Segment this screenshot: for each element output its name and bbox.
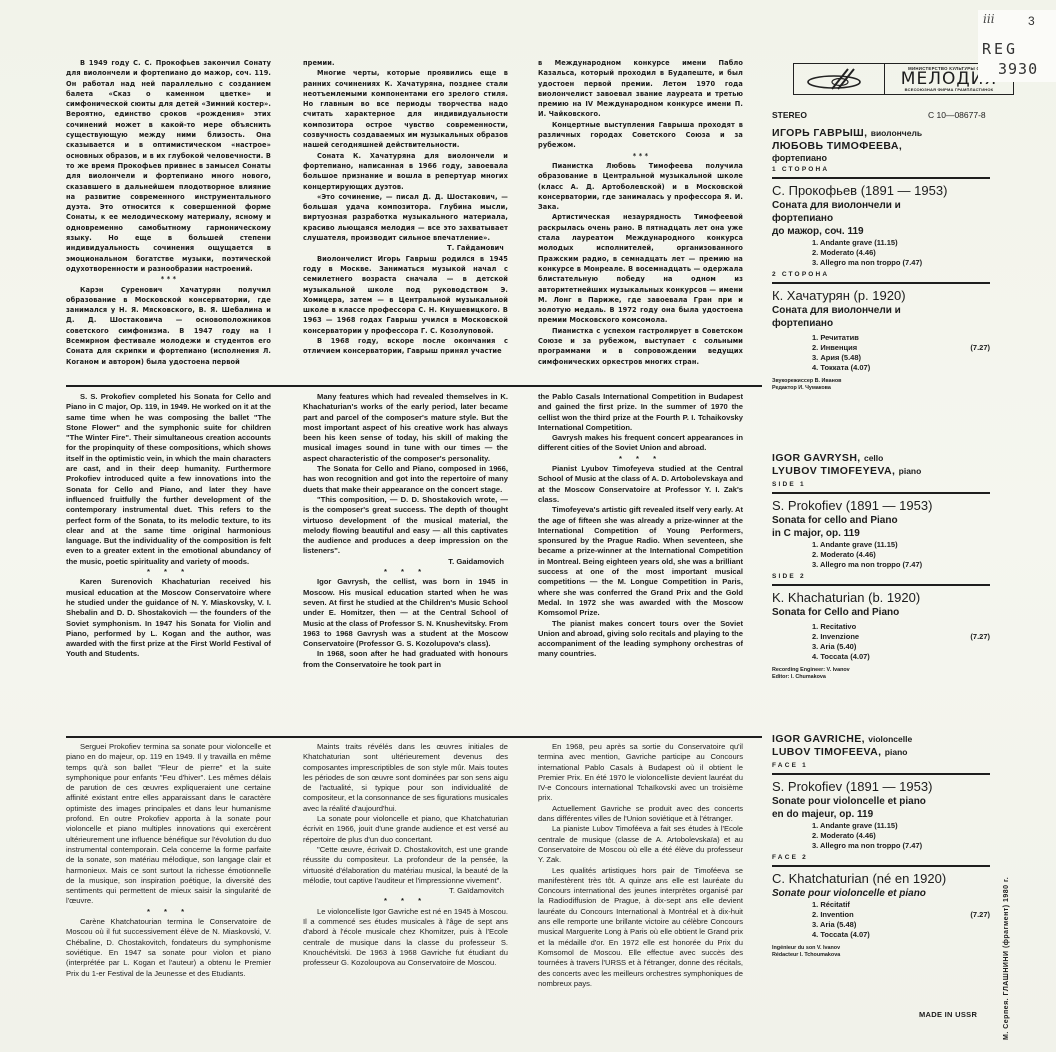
track-item: 3. Aria (5.48) <box>812 920 1012 930</box>
track-item: 4. Toccata (4.07) <box>812 930 1012 940</box>
notes-paragraph: Maints traits révélés dans les œuvres in… <box>303 742 508 814</box>
side-label: SIDE 2 <box>772 573 1012 580</box>
record-sleeve-back: В 1949 году С. С. Прокофьев закончил Сон… <box>0 0 1056 1052</box>
made-in-ussr: MADE IN USSR <box>919 1010 977 1019</box>
track-list: 1. Andante grave (11.15) 2. Moderato (4.… <box>812 238 1012 268</box>
side-divider <box>772 865 990 867</box>
credit-line: Rédacteur I. Tchoumakova <box>772 952 1012 959</box>
notes-paragraph: La sonate pour violoncelle et piano, que… <box>303 814 508 845</box>
section-separator: * * * <box>303 896 508 906</box>
work-title: фортепиано <box>772 212 1012 225</box>
notes-paragraph: премии. <box>303 58 508 68</box>
side-label: 2 СТОРОНА <box>772 271 1012 278</box>
work-title: Sonate pour violoncelle et piano <box>772 887 1012 900</box>
performer-name: IGOR GAVRYSH, <box>772 452 861 464</box>
melodiya-emblem <box>793 63 885 95</box>
composer-name: S. Prokofiev (1891 — 1953) <box>772 498 1012 514</box>
performer-name: ИГОРЬ ГАВРЫШ, <box>772 127 867 139</box>
performer-instrument: violoncelle <box>868 734 912 744</box>
tracklist-french: IGOR GAVRICHE, violoncelle LUBOV TIMOFEE… <box>772 733 1012 958</box>
performer-name: ЛЮБОВЬ ТИМОФЕЕВА, <box>772 140 1012 153</box>
track-list: 1. Andante grave (11.15) 2. Moderato (4.… <box>812 821 1012 851</box>
track-list: 1. Recitativo 2. Invenzione 3. Aria (5.4… <box>812 622 1012 662</box>
section-separator: * * * <box>66 567 271 577</box>
notes-paragraph: Karen Surenovich Khachaturian received h… <box>66 577 271 659</box>
melodiya-logo-icon <box>804 67 874 91</box>
notes-ru-col1: В 1949 году С. С. Прокофьев закончил Сон… <box>66 58 271 376</box>
notes-paragraph: В 1968 году, вскоре после окончания с от… <box>303 336 508 357</box>
notes-paragraph: Le violoncelliste Igor Gavriche est né e… <box>303 907 508 969</box>
side-divider <box>772 282 990 284</box>
notes-paragraph: Les qualités artistiques hors pair de Ti… <box>538 866 743 990</box>
notes-paragraph: "Cette œuvre, écrivait D. Chostakovitch,… <box>303 845 508 886</box>
track-item: 3. Allegro ma non troppo (7.47) <box>812 560 1012 570</box>
notes-paragraph: Пианистка с успехом гастролирует в Совет… <box>538 326 743 367</box>
notes-paragraph: «Это сочинение, — писал Д. Д. Шостакович… <box>303 192 508 243</box>
composer-name: C. Khatchaturian (né en 1920) <box>772 871 1012 887</box>
notes-fr-col1: Serguei Prokofiev termina sa sonate pour… <box>66 742 271 1042</box>
notes-paragraph: Gavrysh makes his frequent concert appea… <box>538 433 743 454</box>
work-title: Соната для виолончели и <box>772 199 1012 212</box>
track-total-duration: (7.27) <box>970 343 990 353</box>
notes-ru-col2: премии. Многие черты, которые проявились… <box>303 58 508 376</box>
work-title: фортепиано <box>772 317 1012 330</box>
performer-name: IGOR GAVRICHE, <box>772 733 865 745</box>
notes-paragraph: Артистическая незаурядность Тимофеевой р… <box>538 212 743 325</box>
notes-paragraph: Timofeyeva's artistic gift revealed itse… <box>538 505 743 618</box>
sticker-code: 3930 <box>998 60 1038 78</box>
work-title: Sonata for cello and Piano <box>772 514 1012 527</box>
section-separator: * * * <box>538 454 743 464</box>
performer-instrument: фортепиано <box>772 153 1012 163</box>
performer-name: LUBOV TIMOFEEVA, <box>772 746 881 758</box>
credit-line: Редактор И. Чумакова <box>772 385 1012 392</box>
credits: Звукорежиссер В. Иванов Редактор И. Чума… <box>772 378 1012 391</box>
track-item: 3. Allegro ma non troppo (7.47) <box>812 258 1012 268</box>
track-item: 2. Moderato (4.46) <box>812 550 1012 560</box>
catalog-number: С 10—08677-8 <box>928 110 986 120</box>
track-total-duration: (7.27) <box>970 910 990 920</box>
notes-paragraph: Пианистка Любовь Тимофеева получила обра… <box>538 161 743 212</box>
section-divider <box>66 385 762 387</box>
track-item: 1. Речитатив <box>812 333 1012 343</box>
tracklist-english: IGOR GAVRYSH, cello LYUBOV TIMOFEYEVA, p… <box>772 452 1012 680</box>
track-item: 3. Aria (5.40) <box>812 642 1012 652</box>
work-title: in C major, op. 119 <box>772 527 1012 540</box>
track-list: 1. Речитатив 2. Инвенция 3. Ария (5.48) … <box>812 333 1012 373</box>
section-separator: * * * <box>538 151 743 161</box>
side-divider <box>772 773 990 775</box>
track-item: 2. Moderato (4.46) <box>812 831 1012 841</box>
composer-name: K. Khachaturian (b. 1920) <box>772 590 1012 606</box>
credit-line: Editor: I. Chumakova <box>772 674 1012 681</box>
performer-instrument: cello <box>864 453 883 463</box>
notes-paragraph: Serguei Prokofiev termina sa sonate pour… <box>66 742 271 907</box>
notes-paragraph: Соната К. Хачатуряна для виолончели и фо… <box>303 151 508 192</box>
track-list: 1. Récitatif 2. Invention 3. Aria (5.48)… <box>812 900 1012 940</box>
work-title: Sonata for Cello and Piano <box>772 606 1012 619</box>
notes-paragraph: Carène Khatchatourian termina le Conserv… <box>66 917 271 979</box>
notes-paragraph: the Pablo Casals International Competiti… <box>538 392 743 433</box>
side-divider <box>772 584 990 586</box>
notes-en-col1: S. S. Prokofiev completed his Sonata for… <box>66 392 271 732</box>
notes-paragraph: Карэн Суренович Хачатурян получил образо… <box>66 285 271 367</box>
print-note-vertical: М. Серпея. ГЛАШНИНИ (фрагмент) 1980 г. <box>1003 877 1010 1040</box>
sticker-label: REG <box>982 40 1018 58</box>
track-item: 4. Toccata (4.07) <box>812 652 1012 662</box>
notes-paragraph: Виолончелист Игорь Гаврыш родился в 1945… <box>303 254 508 336</box>
section-divider <box>66 736 762 738</box>
performer-instrument: piano <box>885 747 908 757</box>
notes-paragraph: Igor Gavrysh, the cellist, was born in 1… <box>303 577 508 649</box>
work-title: Sonate pour violoncelle et piano <box>772 795 1012 808</box>
track-item: 4. Токката (4.07) <box>812 363 1012 373</box>
credits: Ingénieur du son V. Ivanov Rédacteur I. … <box>772 945 1012 958</box>
track-item: 2. Moderato (4.46) <box>812 248 1012 258</box>
performer-instrument: piano <box>899 466 922 476</box>
notes-fr-col2: Maints traits révélés dans les œuvres in… <box>303 742 508 1042</box>
author-signature: T. Gaidamovich <box>303 557 508 567</box>
side-divider <box>772 492 990 494</box>
stereo-label: STEREO <box>772 110 807 120</box>
notes-paragraph: В 1949 году С. С. Прокофьев закончил Сон… <box>66 58 271 274</box>
side-label: FACE 1 <box>772 762 1012 769</box>
work-title: Соната для виолончели и <box>772 304 1012 317</box>
author-signature: T. Gaïdamovitch <box>303 886 508 896</box>
section-separator: * * * <box>66 907 271 917</box>
notes-paragraph: Многие черты, которые проявились еще в р… <box>303 68 508 150</box>
composer-name: С. Прокофьев (1891 — 1953) <box>772 183 1012 199</box>
notes-paragraph: The Sonata for Cello and Piano, composed… <box>303 464 508 495</box>
track-item: 3. Allegro ma non troppo (7.47) <box>812 841 1012 851</box>
registration-sticker: ⅰⅱ 3 REG 3930 <box>978 10 1056 82</box>
notes-paragraph: Pianist Lyubov Timofeyeva studied at the… <box>538 464 743 505</box>
notes-ru-col3: в Международном конкурсе имени Пабло Каз… <box>538 58 743 376</box>
author-signature: Т. Гайдамович <box>303 243 508 253</box>
notes-en-col3: the Pablo Casals International Competiti… <box>538 392 743 732</box>
track-item: 1. Andante grave (11.15) <box>812 540 1012 550</box>
track-item: 3. Ария (5.48) <box>812 353 1012 363</box>
track-item: 1. Andante grave (11.15) <box>812 238 1012 248</box>
work-title: до мажор, соч. 119 <box>772 225 1012 238</box>
side-label: FACE 2 <box>772 854 1012 861</box>
credits: Recording Engineer: V. Ivanov Editor: I.… <box>772 667 1012 680</box>
track-total-duration: (7.27) <box>970 632 990 642</box>
composer-name: К. Хачатурян (р. 1920) <box>772 288 1012 304</box>
tracklist-russian: ИГОРЬ ГАВРЫШ, виолончель ЛЮБОВЬ ТИМОФЕЕВ… <box>772 127 1012 391</box>
composer-name: S. Prokofiev (1891 — 1953) <box>772 779 1012 795</box>
section-separator: * * * <box>303 567 508 577</box>
notes-paragraph: The pianist makes concert tours over the… <box>538 619 743 660</box>
notes-paragraph: "This composition, — D. D. Shostakovich … <box>303 495 508 557</box>
track-item: 1. Andante grave (11.15) <box>812 821 1012 831</box>
section-separator: * * * <box>66 274 271 284</box>
side-label: SIDE 1 <box>772 481 1012 488</box>
notes-paragraph: Концертные выступления Гаврыша проходят … <box>538 120 743 151</box>
notes-paragraph: S. S. Prokofiev completed his Sonata for… <box>66 392 271 567</box>
sticker-number: 3 <box>1028 14 1035 28</box>
work-title: en do majeur, op. 119 <box>772 808 1012 821</box>
track-item: 1. Recitativo <box>812 622 1012 632</box>
track-list: 1. Andante grave (11.15) 2. Moderato (4.… <box>812 540 1012 570</box>
notes-paragraph: Actuellement Gavriche se produit avec de… <box>538 804 743 825</box>
notes-fr-col3: En 1968, peu après sa sortie du Conserva… <box>538 742 743 1042</box>
handwritten-mark: ⅰⅱ <box>983 12 995 26</box>
side-label: 1 СТОРОНА <box>772 166 1012 173</box>
notes-paragraph: La pianiste Lubov Timoféeva a fait ses é… <box>538 824 743 865</box>
performer-name: LYUBOV TIMOFEYEVA, <box>772 465 895 477</box>
notes-en-col2: Many features which had revealed themsel… <box>303 392 508 732</box>
notes-paragraph: Many features which had revealed themsel… <box>303 392 508 464</box>
performer-instrument: виолончель <box>871 128 922 138</box>
notes-paragraph: En 1968, peu après sa sortie du Conserva… <box>538 742 743 804</box>
track-item: 1. Récitatif <box>812 900 1012 910</box>
side-divider <box>772 177 990 179</box>
notes-paragraph: In 1968, soon after he had graduated wit… <box>303 649 508 670</box>
notes-paragraph: в Международном конкурсе имени Пабло Каз… <box>538 58 743 120</box>
